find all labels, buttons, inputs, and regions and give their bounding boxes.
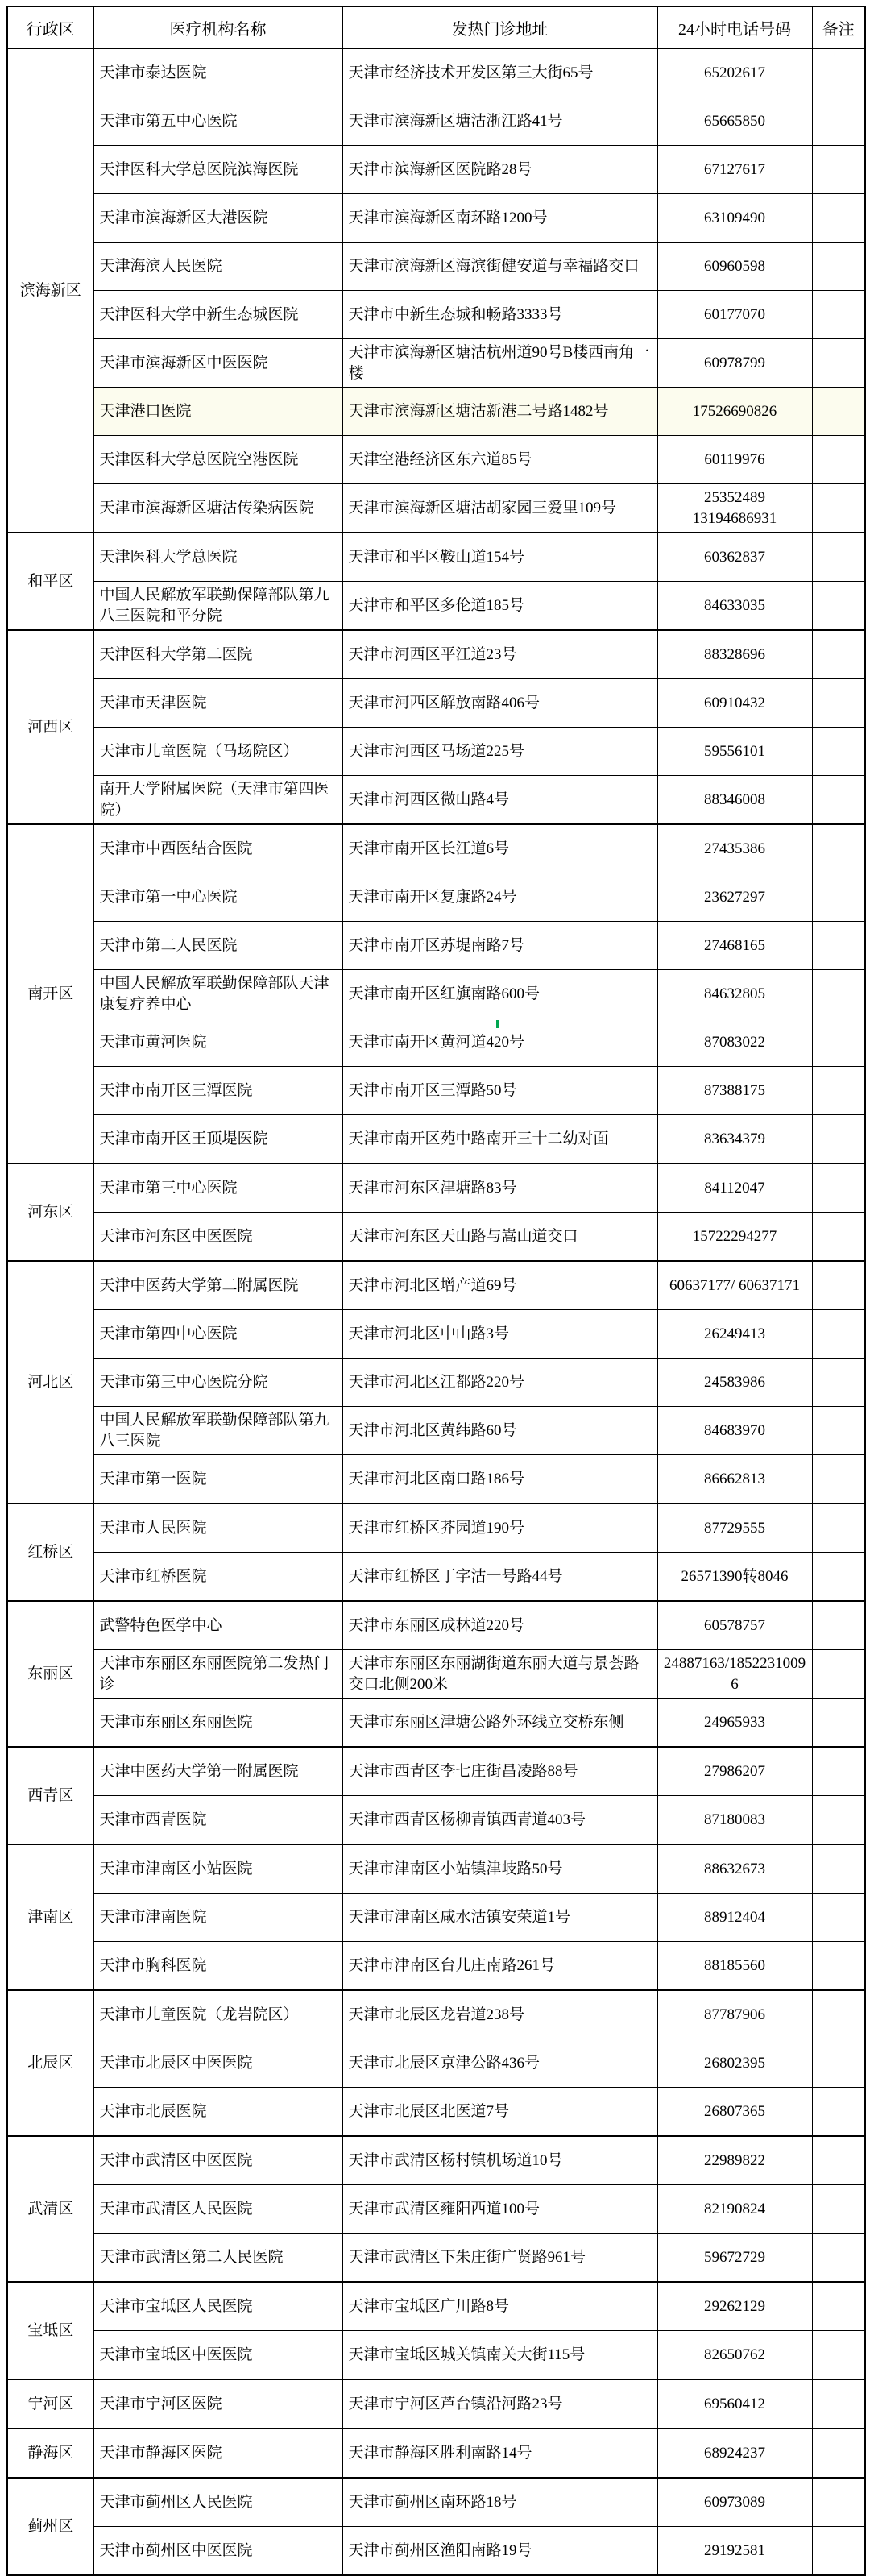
note-cell (812, 873, 865, 922)
hospital-name-cell: 天津市蓟州区人民医院 (93, 2478, 342, 2527)
note-cell (812, 2331, 865, 2380)
address-cell: 天津市和平区鞍山道154号 (342, 533, 657, 582)
table-row: 中国人民解放军联勤保障部队天津康复疗养中心天津市南开区红旗南路600号84632… (7, 970, 865, 1018)
phone-cell: 83634379 (657, 1115, 812, 1164)
table-row: 天津市武清区人民医院天津市武清区雍阳西道100号82190824 (7, 2185, 865, 2234)
phone-cell: 60637177/ 60637171 (657, 1261, 812, 1310)
phone-cell: 60910432 (657, 679, 812, 728)
address-cell: 天津市河西区解放南路406号 (342, 679, 657, 728)
phone-cell: 87388175 (657, 1067, 812, 1115)
hospital-name-cell: 天津医科大学总医院空港医院 (93, 436, 342, 484)
hospital-name-cell: 天津市西青医院 (93, 1796, 342, 1845)
phone-cell: 84683970 (657, 1407, 812, 1455)
hospital-name-cell: 天津市东丽区东丽医院第二发热门诊 (93, 1650, 342, 1699)
fever-clinic-table: 行政区 医疗机构名称 发热门诊地址 24小时电话号码 备注 滨海新区天津市泰达医… (6, 6, 866, 2576)
hospital-name-cell: 天津市第五中心医院 (93, 97, 342, 146)
district-cell: 津南区 (7, 1844, 93, 1990)
note-cell (812, 2039, 865, 2088)
address-cell: 天津市滨海新区塘沽杭州道90号B楼西南角一楼 (342, 339, 657, 388)
hospital-name-cell: 天津市津南区小站医院 (93, 1844, 342, 1894)
district-group: 津南区天津市津南区小站医院天津市津南区小站镇津岐路50号88632673天津市津… (7, 1844, 865, 1990)
phone-cell: 23627297 (657, 873, 812, 922)
table-row: 中国人民解放军联勤保障部队第九八三医院天津市河北区黄纬路60号84683970 (7, 1407, 865, 1455)
note-cell (812, 2379, 865, 2429)
note-cell (812, 1164, 865, 1213)
table-row: 天津医科大学总医院滨海医院天津市滨海新区医院路28号67127617 (7, 146, 865, 194)
hospital-name-cell: 天津市人民医院 (93, 1504, 342, 1553)
phone-cell: 87787906 (657, 1990, 812, 2039)
table-row: 天津市滨海新区大港医院天津市滨海新区南环路1200号63109490 (7, 194, 865, 243)
hospital-name-cell: 天津市第三中心医院 (93, 1164, 342, 1213)
address-cell: 天津市经济技术开发区第三大街65号 (342, 48, 657, 97)
hospital-name-cell: 武警特色医学中心 (93, 1601, 342, 1650)
phone-cell: 60177070 (657, 291, 812, 339)
phone-cell: 88185560 (657, 1942, 812, 1991)
table-row: 天津市黄河医院天津市南开区黄河道420号87083022 (7, 1018, 865, 1067)
table-row: 河东区天津市第三中心医院天津市河东区津塘路83号84112047 (7, 1164, 865, 1213)
district-cell: 河北区 (7, 1261, 93, 1504)
hospital-name-cell: 中国人民解放军联勤保障部队第九八三医院和平分院 (93, 582, 342, 631)
col-header-hospital-name: 医疗机构名称 (93, 6, 342, 48)
note-cell (812, 582, 865, 631)
table-row: 天津市滨海新区中医医院天津市滨海新区塘沽杭州道90号B楼西南角一楼6097879… (7, 339, 865, 388)
address-cell: 天津市宝坻区城关镇南关大街115号 (342, 2331, 657, 2380)
phone-cell: 24887163/18522310096 (657, 1650, 812, 1699)
district-cell: 和平区 (7, 533, 93, 630)
hospital-name-cell: 天津市武清区中医医院 (93, 2136, 342, 2185)
address-cell: 天津市东丽区津塘公路外环线立交桥东侧 (342, 1699, 657, 1748)
hospital-name-cell: 天津市宝坻区中医医院 (93, 2331, 342, 2380)
stray-green-mark (496, 1020, 499, 1028)
table-row: 天津市南开区王顶堤医院天津市南开区苑中路南开三十二幼对面83634379 (7, 1115, 865, 1164)
note-cell (812, 1894, 865, 1942)
hospital-name-cell: 天津市第一医院 (93, 1455, 342, 1504)
hospital-name-cell: 天津中医药大学第二附属医院 (93, 1261, 342, 1310)
table-row: 天津市北辰医院天津市北辰区北医道7号26807365 (7, 2088, 865, 2137)
phone-cell: 17526690826 (657, 388, 812, 436)
phone-cell: 60973089 (657, 2478, 812, 2527)
table-row: 天津市红桥医院天津市红桥区丁字沽一号路44号26571390转8046 (7, 1553, 865, 1602)
hospital-name-cell: 天津市第三中心医院分院 (93, 1359, 342, 1407)
phone-cell: 88328696 (657, 630, 812, 679)
district-cell: 东丽区 (7, 1601, 93, 1747)
address-cell: 天津市滨海新区南环路1200号 (342, 194, 657, 243)
hospital-name-cell: 南开大学附属医院（天津市第四医院） (93, 776, 342, 825)
hospital-name-cell: 天津市黄河医院 (93, 1018, 342, 1067)
phone-cell: 27468165 (657, 922, 812, 970)
address-cell: 天津市南开区红旗南路600号 (342, 970, 657, 1018)
hospital-name-cell: 天津市滨海新区中医医院 (93, 339, 342, 388)
phone-cell: 60960598 (657, 243, 812, 291)
hospital-name-cell: 天津市武清区第二人民医院 (93, 2234, 342, 2283)
phone-cell: 60362837 (657, 533, 812, 582)
table-row: 天津市第二人民医院天津市南开区苏堤南路7号27468165 (7, 922, 865, 970)
address-cell: 天津市西青区杨柳青镇西青道403号 (342, 1796, 657, 1845)
phone-cell: 26802395 (657, 2039, 812, 2088)
phone-cell: 88912404 (657, 1894, 812, 1942)
table-row: 滨海新区天津市泰达医院天津市经济技术开发区第三大街65号65202617 (7, 48, 865, 97)
phone-cell: 60119976 (657, 436, 812, 484)
table-row: 天津医科大学总医院空港医院天津空港经济区东六道85号60119976 (7, 436, 865, 484)
hospital-name-cell: 天津市天津医院 (93, 679, 342, 728)
district-group: 北辰区天津市儿童医院（龙岩院区）天津市北辰区龙岩道238号87787906天津市… (7, 1990, 865, 2136)
table-row: 东丽区武警特色医学中心天津市东丽区成林道220号60578757 (7, 1601, 865, 1650)
hospital-name-cell: 天津市宝坻区人民医院 (93, 2282, 342, 2331)
phone-cell: 87083022 (657, 1018, 812, 1067)
phone-cell: 68924237 (657, 2429, 812, 2478)
district-cell: 南开区 (7, 824, 93, 1164)
address-cell: 天津市宁河区芦台镇沿河路23号 (342, 2379, 657, 2429)
hospital-name-cell: 天津医科大学总医院 (93, 533, 342, 582)
address-cell: 天津市东丽区成林道220号 (342, 1601, 657, 1650)
note-cell (812, 1407, 865, 1455)
note-cell (812, 1796, 865, 1845)
district-cell: 滨海新区 (7, 48, 93, 533)
phone-cell: 59556101 (657, 728, 812, 776)
table-row: 天津市东丽区东丽医院第二发热门诊天津市东丽区东丽湖街道东丽大道与景荟路交口北侧2… (7, 1650, 865, 1699)
phone-cell: 86662813 (657, 1455, 812, 1504)
phone-cell: 29192581 (657, 2527, 812, 2576)
table-row: 北辰区天津市儿童医院（龙岩院区）天津市北辰区龙岩道238号87787906 (7, 1990, 865, 2039)
district-cell: 静海区 (7, 2429, 93, 2478)
phone-cell: 69560412 (657, 2379, 812, 2429)
note-cell (812, 1844, 865, 1894)
address-cell: 天津市中新生态城和畅路3333号 (342, 291, 657, 339)
district-group: 静海区天津市静海区医院天津市静海区胜利南路14号68924237 (7, 2429, 865, 2478)
address-cell: 天津市北辰区京津公路436号 (342, 2039, 657, 2088)
district-cell: 武清区 (7, 2136, 93, 2282)
hospital-name-cell: 天津市河东区中医医院 (93, 1213, 342, 1262)
phone-cell: 26249413 (657, 1310, 812, 1359)
phone-cell: 65665850 (657, 97, 812, 146)
note-cell (812, 97, 865, 146)
address-cell: 天津市南开区苑中路南开三十二幼对面 (342, 1115, 657, 1164)
district-cell: 西青区 (7, 1747, 93, 1844)
note-cell (812, 2088, 865, 2137)
phone-cell: 26807365 (657, 2088, 812, 2137)
phone-cell: 87729555 (657, 1504, 812, 1553)
table-row: 红桥区天津市人民医院天津市红桥区芥园道190号87729555 (7, 1504, 865, 1553)
phone-cell: 60978799 (657, 339, 812, 388)
address-cell: 天津市河北区南口路186号 (342, 1455, 657, 1504)
hospital-name-cell: 天津市津南医院 (93, 1894, 342, 1942)
phone-cell: 24583986 (657, 1359, 812, 1407)
table-row: 静海区天津市静海区医院天津市静海区胜利南路14号68924237 (7, 2429, 865, 2478)
address-cell: 天津市武清区下朱庄街广贤路961号 (342, 2234, 657, 2283)
district-group: 宁河区天津市宁河区医院天津市宁河区芦台镇沿河路23号69560412 (7, 2379, 865, 2429)
district-cell: 红桥区 (7, 1504, 93, 1601)
note-cell (812, 1067, 865, 1115)
table-row: 天津市第一医院天津市河北区南口路186号86662813 (7, 1455, 865, 1504)
district-cell: 宁河区 (7, 2379, 93, 2429)
phone-cell: 27435386 (657, 824, 812, 873)
phone-cell: 25352489 13194686931 (657, 484, 812, 533)
col-header-phone: 24小时电话号码 (657, 6, 812, 48)
table-row: 宁河区天津市宁河区医院天津市宁河区芦台镇沿河路23号69560412 (7, 2379, 865, 2429)
address-cell: 天津市河北区中山路3号 (342, 1310, 657, 1359)
note-cell (812, 1747, 865, 1796)
note-cell (812, 2185, 865, 2234)
note-cell (812, 970, 865, 1018)
note-cell (812, 1553, 865, 1602)
phone-cell: 67127617 (657, 146, 812, 194)
phone-cell: 84112047 (657, 1164, 812, 1213)
table-row: 天津市蓟州区中医医院天津市蓟州区渔阳南路19号29192581 (7, 2527, 865, 2576)
table-row: 南开区天津市中西医结合医院天津市南开区长江道6号27435386 (7, 824, 865, 873)
district-cell: 河西区 (7, 630, 93, 824)
district-group: 红桥区天津市人民医院天津市红桥区芥园道190号87729555天津市红桥医院天津… (7, 1504, 865, 1601)
district-group: 河西区天津医科大学第二医院天津市河西区平江道23号88328696天津市天津医院… (7, 630, 865, 824)
address-cell: 天津市河北区黄纬路60号 (342, 1407, 657, 1455)
hospital-name-cell: 天津市儿童医院（马场院区） (93, 728, 342, 776)
hospital-name-cell: 天津市第二人民医院 (93, 922, 342, 970)
phone-cell: 15722294277 (657, 1213, 812, 1262)
phone-cell: 63109490 (657, 194, 812, 243)
address-cell: 天津市蓟州区南环路18号 (342, 2478, 657, 2527)
hospital-name-cell: 天津市南开区三潭医院 (93, 1067, 342, 1115)
table-row: 天津海滨人民医院天津市滨海新区海滨街健安道与幸福路交口60960598 (7, 243, 865, 291)
table-row: 和平区天津医科大学总医院天津市和平区鞍山道154号60362837 (7, 533, 865, 582)
note-cell (812, 776, 865, 825)
hospital-name-cell: 天津市蓟州区中医医院 (93, 2527, 342, 2576)
hospital-name-cell: 天津医科大学中新生态城医院 (93, 291, 342, 339)
note-cell (812, 1504, 865, 1553)
table-row: 天津市第一中心医院天津市南开区复康路24号23627297 (7, 873, 865, 922)
phone-cell: 84632805 (657, 970, 812, 1018)
table-row: 西青区天津中医药大学第一附属医院天津市西青区李七庄街昌凌路88号27986207 (7, 1747, 865, 1796)
table-row: 天津市东丽区东丽医院天津市东丽区津塘公路外环线立交桥东侧24965933 (7, 1699, 865, 1748)
col-header-district: 行政区 (7, 6, 93, 48)
table-row: 南开大学附属医院（天津市第四医院）天津市河西区微山路4号88346008 (7, 776, 865, 825)
district-cell: 河东区 (7, 1164, 93, 1261)
table-row: 天津市胸科医院天津市津南区台儿庄南路261号88185560 (7, 1942, 865, 1991)
hospital-name-cell: 中国人民解放军联勤保障部队天津康复疗养中心 (93, 970, 342, 1018)
phone-cell: 65202617 (657, 48, 812, 97)
district-group: 和平区天津医科大学总医院天津市和平区鞍山道154号60362837中国人民解放军… (7, 533, 865, 630)
address-cell: 天津市滨海新区医院路28号 (342, 146, 657, 194)
note-cell (812, 146, 865, 194)
hospital-name-cell: 天津市宁河区医院 (93, 2379, 342, 2429)
district-cell: 宝坻区 (7, 2282, 93, 2379)
table-row: 武清区天津市武清区中医医院天津市武清区杨村镇机场道10号22989822 (7, 2136, 865, 2185)
note-cell (812, 1650, 865, 1699)
address-cell: 天津市红桥区丁字沽一号路44号 (342, 1553, 657, 1602)
table-row: 天津市天津医院天津市河西区解放南路406号60910432 (7, 679, 865, 728)
address-cell: 天津市武清区杨村镇机场道10号 (342, 2136, 657, 2185)
address-cell: 天津市河东区天山路与嵩山道交口 (342, 1213, 657, 1262)
hospital-name-cell: 天津市静海区医院 (93, 2429, 342, 2478)
phone-cell: 59672729 (657, 2234, 812, 2283)
phone-cell: 29262129 (657, 2282, 812, 2331)
phone-cell: 88632673 (657, 1844, 812, 1894)
address-cell: 天津市南开区复康路24号 (342, 873, 657, 922)
address-cell: 天津市南开区三潭路50号 (342, 1067, 657, 1115)
hospital-name-cell: 天津市红桥医院 (93, 1553, 342, 1602)
hospital-name-cell: 天津市南开区王顶堤医院 (93, 1115, 342, 1164)
phone-cell: 84633035 (657, 582, 812, 631)
address-cell: 天津市东丽区东丽湖街道东丽大道与景荟路交口北侧200米 (342, 1650, 657, 1699)
district-group: 武清区天津市武清区中医医院天津市武清区杨村镇机场道10号22989822天津市武… (7, 2136, 865, 2282)
address-cell: 天津市南开区长江道6号 (342, 824, 657, 873)
note-cell (812, 533, 865, 582)
note-cell (812, 484, 865, 533)
note-cell (812, 1018, 865, 1067)
hospital-name-cell: 天津市滨海新区塘沽传染病医院 (93, 484, 342, 533)
note-cell (812, 1261, 865, 1310)
note-cell (812, 679, 865, 728)
phone-cell: 26571390转8046 (657, 1553, 812, 1602)
address-cell: 天津市西青区李七庄街昌凌路88号 (342, 1747, 657, 1796)
hospital-name-cell: 天津市中西医结合医院 (93, 824, 342, 873)
table-row: 河北区天津中医药大学第二附属医院天津市河北区增产道69号60637177/ 60… (7, 1261, 865, 1310)
note-cell (812, 2234, 865, 2283)
address-cell: 天津市津南区台儿庄南路261号 (342, 1942, 657, 1991)
address-cell: 天津空港经济区东六道85号 (342, 436, 657, 484)
table-row: 河西区天津医科大学第二医院天津市河西区平江道23号88328696 (7, 630, 865, 679)
header-row: 行政区 医疗机构名称 发热门诊地址 24小时电话号码 备注 (7, 6, 865, 48)
table-row: 中国人民解放军联勤保障部队第九八三医院和平分院天津市和平区多伦道185号8463… (7, 582, 865, 631)
note-cell (812, 194, 865, 243)
note-cell (812, 2282, 865, 2331)
district-group: 南开区天津市中西医结合医院天津市南开区长江道6号27435386天津市第一中心医… (7, 824, 865, 1164)
hospital-name-cell: 天津市北辰区中医医院 (93, 2039, 342, 2088)
address-cell: 天津市津南区小站镇津岐路50号 (342, 1844, 657, 1894)
hospital-name-cell: 天津中医药大学第一附属医院 (93, 1747, 342, 1796)
phone-cell: 22989822 (657, 2136, 812, 2185)
note-cell (812, 2527, 865, 2576)
note-cell (812, 922, 865, 970)
address-cell: 天津市河北区增产道69号 (342, 1261, 657, 1310)
table-row: 天津市河东区中医医院天津市河东区天山路与嵩山道交口15722294277 (7, 1213, 865, 1262)
table-row: 天津市第四中心医院天津市河北区中山路3号26249413 (7, 1310, 865, 1359)
table-row: 天津市津南医院天津市津南区咸水沽镇安荣道1号88912404 (7, 1894, 865, 1942)
col-header-address: 发热门诊地址 (342, 6, 657, 48)
address-cell: 天津市宝坻区广川路8号 (342, 2282, 657, 2331)
address-cell: 天津市滨海新区海滨街健安道与幸福路交口 (342, 243, 657, 291)
district-cell: 蓟州区 (7, 2478, 93, 2575)
table-row: 天津市滨海新区塘沽传染病医院天津市滨海新区塘沽胡家园三爱里109号2535248… (7, 484, 865, 533)
note-cell (812, 1115, 865, 1164)
hospital-name-cell: 天津市泰达医院 (93, 48, 342, 97)
note-cell (812, 728, 865, 776)
address-cell: 天津市蓟州区渔阳南路19号 (342, 2527, 657, 2576)
note-cell (812, 48, 865, 97)
phone-cell: 88346008 (657, 776, 812, 825)
note-cell (812, 339, 865, 388)
hospital-name-cell: 天津市滨海新区大港医院 (93, 194, 342, 243)
note-cell (812, 2478, 865, 2527)
table-row: 天津市南开区三潭医院天津市南开区三潭路50号87388175 (7, 1067, 865, 1115)
table-row: 天津市宝坻区中医医院天津市宝坻区城关镇南关大街115号82650762 (7, 2331, 865, 2380)
hospital-name-cell: 天津市胸科医院 (93, 1942, 342, 1991)
phone-cell: 60578757 (657, 1601, 812, 1650)
address-cell: 天津市南开区黄河道420号 (342, 1018, 657, 1067)
note-cell (812, 1942, 865, 1991)
table-row: 天津市西青医院天津市西青区杨柳青镇西青道403号87180083 (7, 1796, 865, 1845)
district-group: 蓟州区天津市蓟州区人民医院天津市蓟州区南环路18号60973089天津市蓟州区中… (7, 2478, 865, 2575)
hospital-name-cell: 天津市第四中心医院 (93, 1310, 342, 1359)
note-cell (812, 1990, 865, 2039)
district-cell: 北辰区 (7, 1990, 93, 2136)
table-row: 蓟州区天津市蓟州区人民医院天津市蓟州区南环路18号60973089 (7, 2478, 865, 2527)
table-row: 天津市第五中心医院天津市滨海新区塘沽浙江路41号65665850 (7, 97, 865, 146)
note-cell (812, 824, 865, 873)
address-cell: 天津市津南区咸水沽镇安荣道1号 (342, 1894, 657, 1942)
note-cell (812, 436, 865, 484)
address-cell: 天津市滨海新区塘沽浙江路41号 (342, 97, 657, 146)
address-cell: 天津市河西区马场道225号 (342, 728, 657, 776)
note-cell (812, 1213, 865, 1262)
col-header-note: 备注 (812, 6, 865, 48)
table-row: 天津市第三中心医院分院天津市河北区江都路220号24583986 (7, 1359, 865, 1407)
table-row: 宝坻区天津市宝坻区人民医院天津市宝坻区广川路8号29262129 (7, 2282, 865, 2331)
address-cell: 天津市南开区苏堤南路7号 (342, 922, 657, 970)
address-cell: 天津市北辰区龙岩道238号 (342, 1990, 657, 2039)
address-cell: 天津市北辰区北医道7号 (342, 2088, 657, 2137)
note-cell (812, 1310, 865, 1359)
district-group: 宝坻区天津市宝坻区人民医院天津市宝坻区广川路8号29262129天津市宝坻区中医… (7, 2282, 865, 2379)
hospital-name-cell: 天津市武清区人民医院 (93, 2185, 342, 2234)
hospital-name-cell: 天津海滨人民医院 (93, 243, 342, 291)
note-cell (812, 1699, 865, 1748)
address-cell: 天津市滨海新区塘沽新港二号路1482号 (342, 388, 657, 436)
note-cell (812, 1455, 865, 1504)
table-row: 天津市儿童医院（马场院区）天津市河西区马场道225号59556101 (7, 728, 865, 776)
hospital-name-cell: 天津市东丽区东丽医院 (93, 1699, 342, 1748)
phone-cell: 87180083 (657, 1796, 812, 1845)
district-group: 西青区天津中医药大学第一附属医院天津市西青区李七庄街昌凌路88号27986207… (7, 1747, 865, 1844)
address-cell: 天津市河东区津塘路83号 (342, 1164, 657, 1213)
address-cell: 天津市静海区胜利南路14号 (342, 2429, 657, 2478)
phone-cell: 27986207 (657, 1747, 812, 1796)
hospital-name-cell: 天津港口医院 (93, 388, 342, 436)
note-cell (812, 1601, 865, 1650)
table-row: 天津医科大学中新生态城医院天津市中新生态城和畅路3333号60177070 (7, 291, 865, 339)
address-cell: 天津市红桥区芥园道190号 (342, 1504, 657, 1553)
address-cell: 天津市和平区多伦道185号 (342, 582, 657, 631)
note-cell (812, 243, 865, 291)
district-group: 河东区天津市第三中心医院天津市河东区津塘路83号84112047天津市河东区中医… (7, 1164, 865, 1261)
note-cell (812, 630, 865, 679)
address-cell: 天津市河西区平江道23号 (342, 630, 657, 679)
hospital-name-cell: 天津医科大学第二医院 (93, 630, 342, 679)
hospital-name-cell: 天津市第一中心医院 (93, 873, 342, 922)
note-cell (812, 388, 865, 436)
district-group: 滨海新区天津市泰达医院天津市经济技术开发区第三大街65号65202617天津市第… (7, 48, 865, 533)
address-cell: 天津市武清区雍阳西道100号 (342, 2185, 657, 2234)
note-cell (812, 2429, 865, 2478)
phone-cell: 82650762 (657, 2331, 812, 2380)
district-group: 河北区天津中医药大学第二附属医院天津市河北区增产道69号60637177/ 60… (7, 1261, 865, 1504)
hospital-name-cell: 天津医科大学总医院滨海医院 (93, 146, 342, 194)
note-cell (812, 291, 865, 339)
table-row: 天津港口医院天津市滨海新区塘沽新港二号路1482号17526690826 (7, 388, 865, 436)
hospital-name-cell: 中国人民解放军联勤保障部队第九八三医院 (93, 1407, 342, 1455)
district-group: 东丽区武警特色医学中心天津市东丽区成林道220号60578757天津市东丽区东丽… (7, 1601, 865, 1747)
note-cell (812, 2136, 865, 2185)
hospital-name-cell: 天津市北辰医院 (93, 2088, 342, 2137)
table-header: 行政区 医疗机构名称 发热门诊地址 24小时电话号码 备注 (7, 6, 865, 48)
fever-clinic-table-wrap: 行政区 医疗机构名称 发热门诊地址 24小时电话号码 备注 滨海新区天津市泰达医… (0, 0, 870, 2576)
phone-cell: 24965933 (657, 1699, 812, 1748)
hospital-name-cell: 天津市儿童医院（龙岩院区） (93, 1990, 342, 2039)
address-cell: 天津市河北区江都路220号 (342, 1359, 657, 1407)
table-row: 天津市武清区第二人民医院天津市武清区下朱庄街广贤路961号59672729 (7, 2234, 865, 2283)
address-cell: 天津市河西区微山路4号 (342, 776, 657, 825)
note-cell (812, 1359, 865, 1407)
table-row: 津南区天津市津南区小站医院天津市津南区小站镇津岐路50号88632673 (7, 1844, 865, 1894)
address-cell: 天津市滨海新区塘沽胡家园三爱里109号 (342, 484, 657, 533)
